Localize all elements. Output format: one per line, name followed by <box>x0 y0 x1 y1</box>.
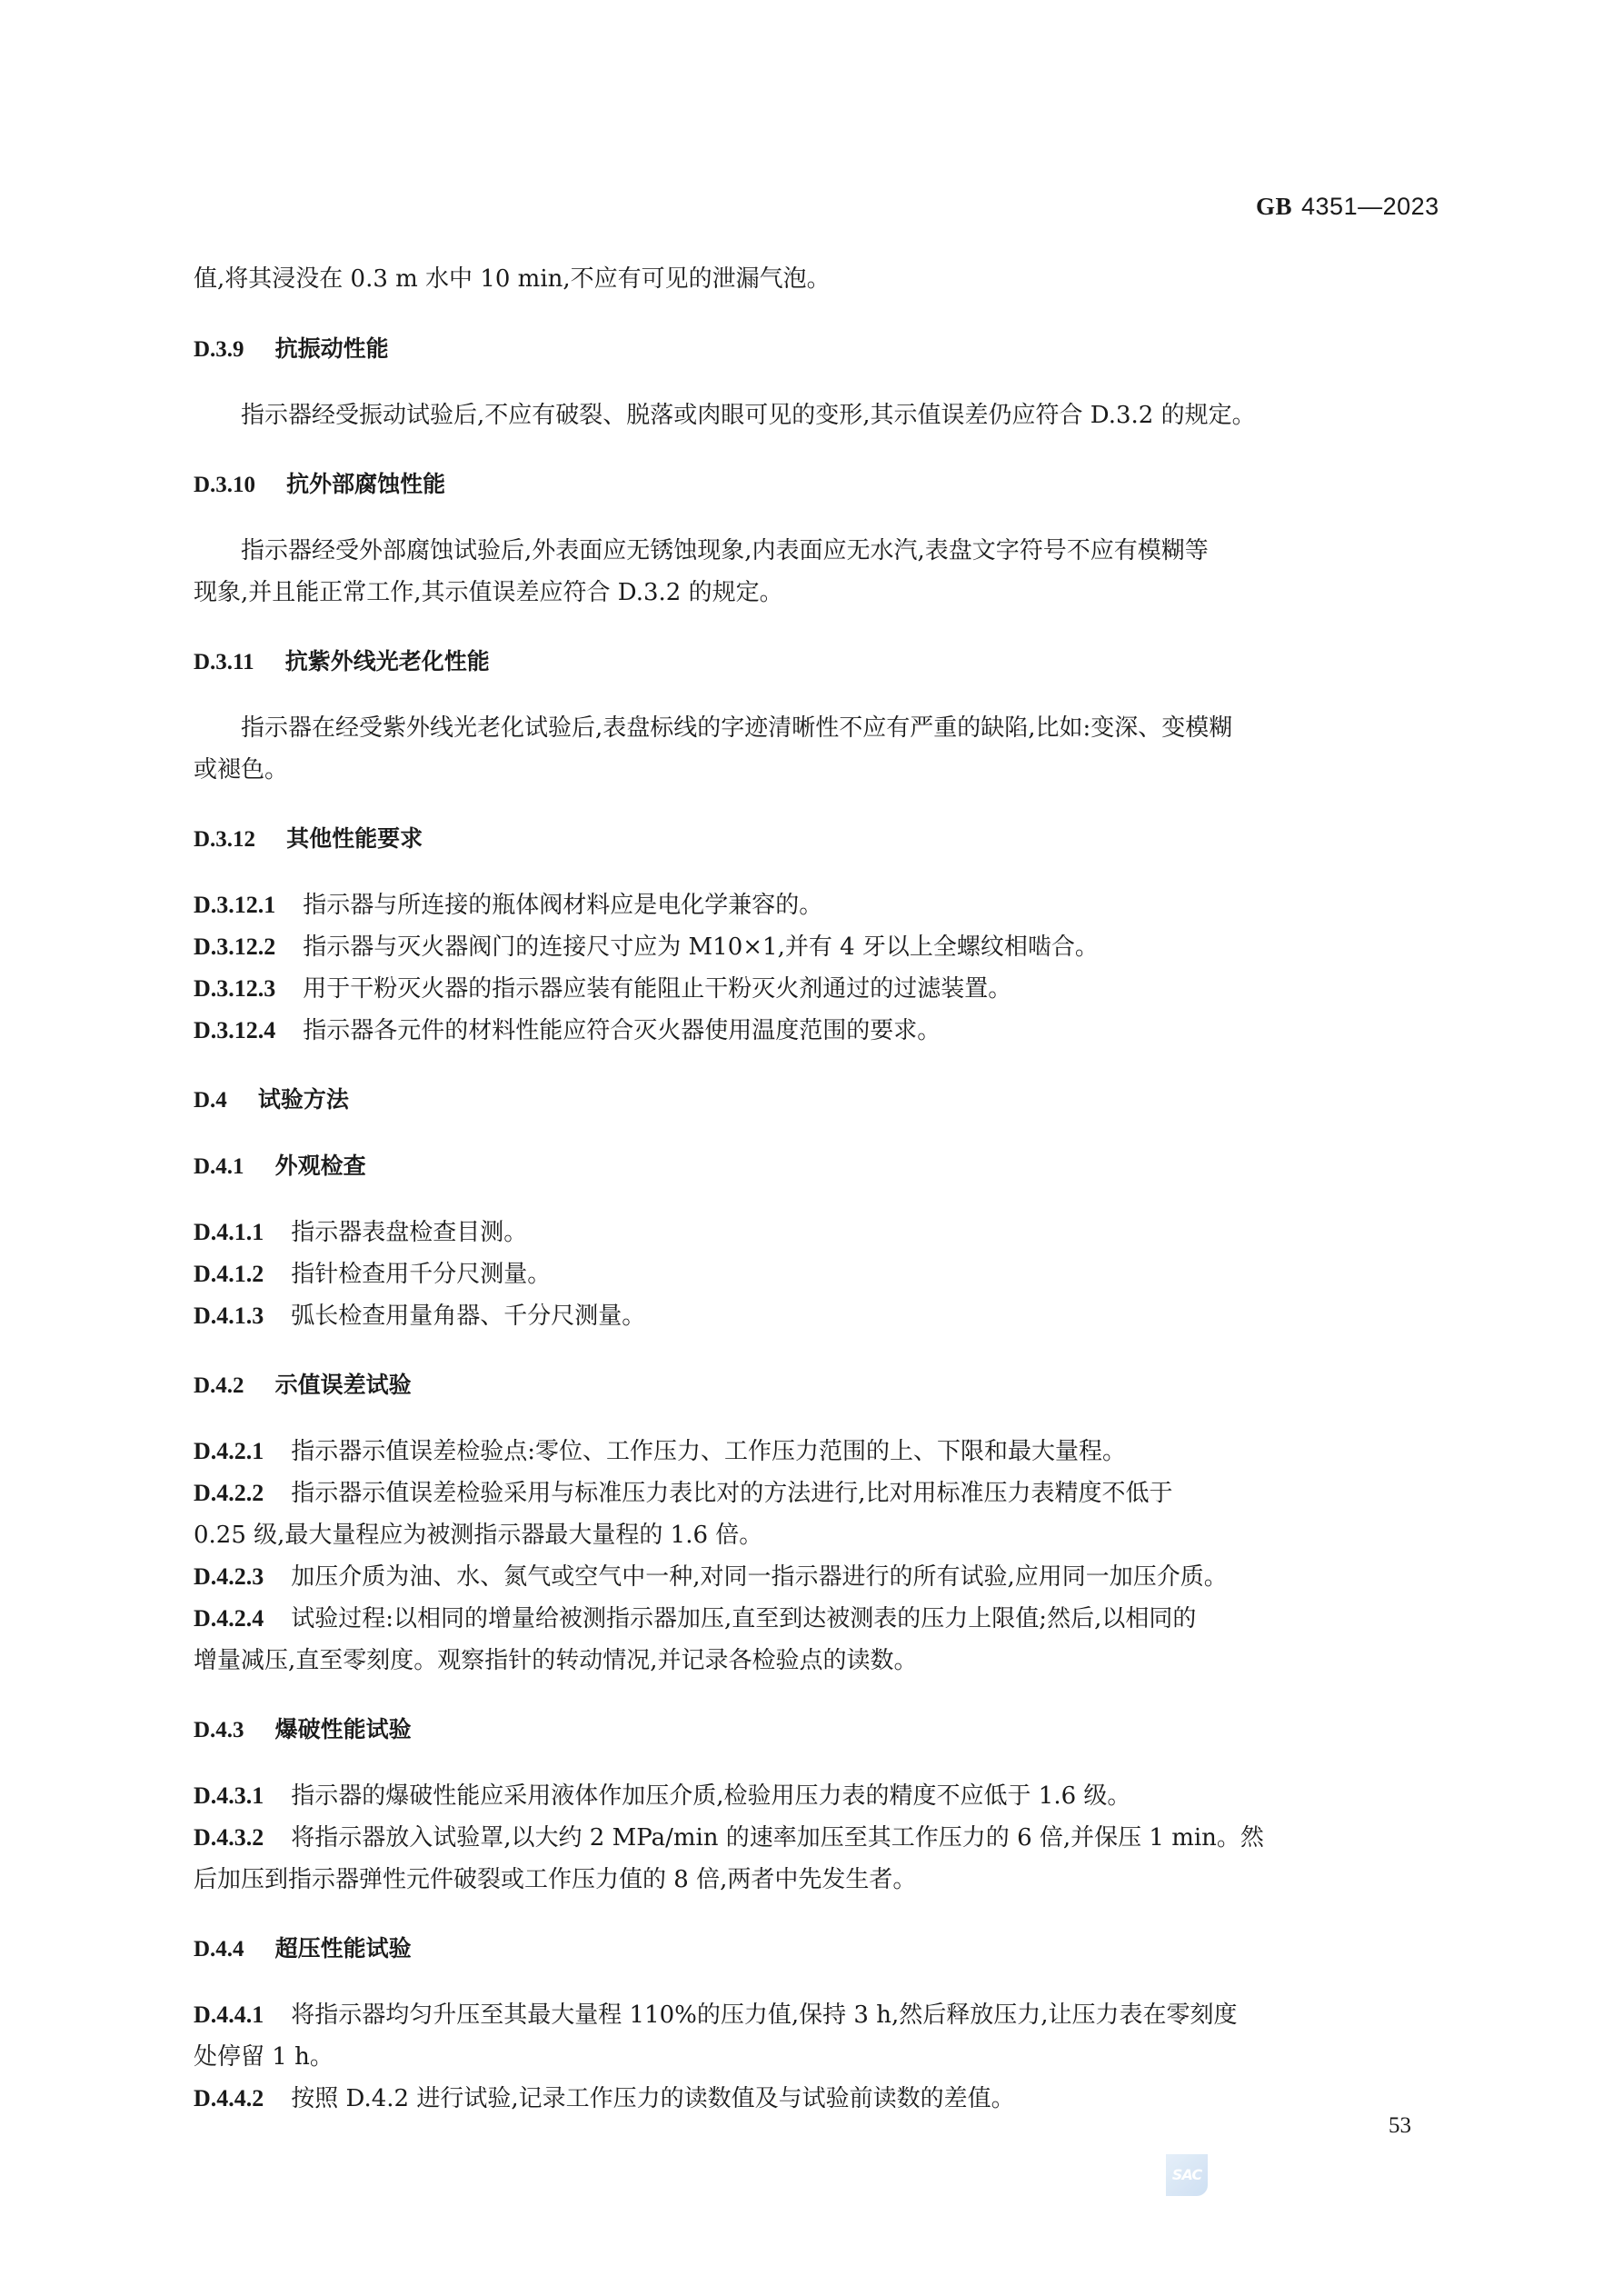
clause-item: D.3.12.3用于干粉灭火器的指示器应装有能阻止干粉灭火剂通过的过滤装置。 <box>194 973 1448 1004</box>
clause-text: 将指示器放入试验罩,以大约 2 MPa/min 的速率加压至其工作压力的 6 倍… <box>291 1824 1264 1852</box>
section-number: D.3.11 <box>194 647 254 678</box>
section-number: D.4 <box>194 1085 227 1116</box>
section-heading-d312: D.3.12其他性能要求 <box>194 824 1448 855</box>
clause-number: D.4.1.2 <box>194 1259 264 1290</box>
clause-item: D.4.3.1指示器的爆破性能应采用液体作加压介质,检验用压力表的精度不应低于 … <box>194 1781 1448 1812</box>
section-title: 超压性能试验 <box>275 1935 412 1962</box>
section-title: 外观检查 <box>275 1153 366 1179</box>
section-heading-d310: D.3.10抗外部腐蚀性能 <box>194 469 1448 501</box>
clause-text: 加压介质为油、水、氮气或空气中一种,对同一指示器进行的所有试验,应用同一加压介质… <box>291 1563 1228 1591</box>
section-title: 其他性能要求 <box>286 825 423 852</box>
section-number: D.4.3 <box>194 1715 244 1746</box>
clause-text: 用于干粉灭火器的指示器应装有能阻止干粉灭火剂通过的过滤装置。 <box>303 975 1011 1003</box>
section-heading-d39: D.3.9抗振动性能 <box>194 334 1448 365</box>
clause-number: D.3.12.4 <box>194 1015 275 1046</box>
section-heading-d4: D.4试验方法 <box>194 1084 1448 1116</box>
clause-text: 指示器示值误差检验采用与标准压力表比对的方法进行,比对用标准压力表精度不低于 <box>291 1480 1172 1507</box>
section-number: D.3.9 <box>194 334 244 365</box>
clause-item: D.4.3.2将指示器放入试验罩,以大约 2 MPa/min 的速率加压至其工作… <box>194 1822 1448 1853</box>
clause-item: D.4.2.2指示器示值误差检验采用与标准压力表比对的方法进行,比对用标准压力表… <box>194 1478 1448 1509</box>
paragraph-cont: 或褪色。 <box>194 754 1448 785</box>
section-title: 试验方法 <box>258 1086 349 1113</box>
clause-cont: 后加压到指示器弹性元件破裂或工作压力值的 8 倍,两者中先发生者。 <box>194 1864 1448 1895</box>
section-title: 抗紫外线光老化性能 <box>285 648 490 674</box>
standard-prefix: GB <box>1256 193 1292 220</box>
section-number: D.3.10 <box>194 470 255 501</box>
section-title: 抗外部腐蚀性能 <box>286 471 445 497</box>
section-heading-d44: D.4.4超压性能试验 <box>194 1933 1448 1965</box>
section-heading-d43: D.4.3爆破性能试验 <box>194 1714 1448 1746</box>
clause-number: D.4.1.3 <box>194 1301 264 1332</box>
clause-number: D.3.12.3 <box>194 973 275 1004</box>
clause-item: D.4.1.3弧长检查用量角器、千分尺测量。 <box>194 1301 1448 1332</box>
section-title: 抗振动性能 <box>275 335 389 362</box>
section-number: D.4.1 <box>194 1152 244 1183</box>
clause-item: D.3.12.4指示器各元件的材料性能应符合灭火器使用温度范围的要求。 <box>194 1015 1448 1046</box>
clause-number: D.4.2.1 <box>194 1436 264 1467</box>
clause-text: 指针检查用千分尺测量。 <box>291 1261 551 1288</box>
clause-text: 指示器示值误差检验点:零位、工作压力、工作压力范围的上、下限和最大量程。 <box>291 1438 1126 1465</box>
clause-text: 按照 D.4.2 进行试验,记录工作压力的读数值及与试验前读数的差值。 <box>291 2085 1014 2112</box>
clause-text: 指示器与所连接的瓶体阀材料应是电化学兼容的。 <box>303 892 822 919</box>
clause-number: D.4.1.1 <box>194 1217 264 1248</box>
page-number: 53 <box>1389 2113 1411 2139</box>
clause-cont: 增量减压,直至零刻度。观察指针的转动情况,并记录各检验点的读数。 <box>194 1645 1448 1676</box>
clause-text: 将指示器均匀升压至其最大量程 110%的压力值,保持 3 h,然后释放压力,让压… <box>291 2002 1237 2029</box>
clause-number: D.4.2.4 <box>194 1603 264 1634</box>
section-title: 示值误差试验 <box>275 1372 412 1398</box>
clause-number: D.4.3.2 <box>194 1822 264 1853</box>
paragraph-cont: 现象,并且能正常工作,其示值误差应符合 D.3.2 的规定。 <box>194 577 1448 608</box>
clause-item: D.4.1.1指示器表盘检查目测。 <box>194 1217 1448 1248</box>
clause-item: D.3.12.2指示器与灭火器阀门的连接尺寸应为 M10×1,并有 4 牙以上全… <box>194 932 1448 963</box>
clause-text: 指示器表盘检查目测。 <box>291 1219 527 1246</box>
section-number: D.4.2 <box>194 1371 244 1402</box>
standard-number: 4351—2023 <box>1301 193 1439 220</box>
standard-code: GB4351—2023 <box>1256 193 1439 221</box>
clause-item: D.4.4.2按照 D.4.2 进行试验,记录工作压力的读数值及与试验前读数的差… <box>194 2083 1448 2114</box>
clause-item: D.4.2.4试验过程:以相同的增量给被测指示器加压,直至到达被测表的压力上限值… <box>194 1603 1448 1634</box>
clause-item: D.4.2.1指示器示值误差检验点:零位、工作压力、工作压力范围的上、下限和最大… <box>194 1436 1448 1467</box>
clause-text: 指示器与灭火器阀门的连接尺寸应为 M10×1,并有 4 牙以上全螺纹相啮合。 <box>303 933 1099 961</box>
paragraph: 指示器经受外部腐蚀试验后,外表面应无锈蚀现象,内表面应无水汽,表盘文字符号不应有… <box>241 535 1448 566</box>
clause-number: D.4.3.1 <box>194 1781 264 1812</box>
clause-cont: 0.25 级,最大量程应为被测指示器最大量程的 1.6 倍。 <box>194 1520 1448 1551</box>
clause-number: D.4.4.1 <box>194 2000 264 2031</box>
section-heading-d41: D.4.1外观检查 <box>194 1151 1448 1183</box>
clause-number: D.3.12.2 <box>194 932 275 963</box>
clause-item: D.3.12.1指示器与所连接的瓶体阀材料应是电化学兼容的。 <box>194 890 1448 921</box>
clause-item: D.4.2.3加压介质为油、水、氮气或空气中一种,对同一指示器进行的所有试验,应… <box>194 1562 1448 1592</box>
clause-cont: 处停留 1 h。 <box>194 2041 1448 2072</box>
section-heading-d311: D.3.11抗紫外线光老化性能 <box>194 646 1448 678</box>
sac-logo-icon: SAC <box>1166 2154 1208 2196</box>
clause-text: 试验过程:以相同的增量给被测指示器加压,直至到达被测表的压力上限值;然后,以相同… <box>291 1605 1196 1632</box>
section-heading-d42: D.4.2示值误差试验 <box>194 1370 1448 1402</box>
continued-paragraph: 值,将其浸没在 0.3 m 水中 10 min,不应有可见的泄漏气泡。 <box>194 264 1448 294</box>
clause-item: D.4.4.1将指示器均匀升压至其最大量程 110%的压力值,保持 3 h,然后… <box>194 2000 1448 2031</box>
clause-item: D.4.1.2指针检查用千分尺测量。 <box>194 1259 1448 1290</box>
section-title: 爆破性能试验 <box>275 1716 412 1742</box>
clause-text: 指示器各元件的材料性能应符合灭火器使用温度范围的要求。 <box>303 1017 941 1044</box>
section-number: D.3.12 <box>194 824 255 855</box>
clause-text: 弧长检查用量角器、千分尺测量。 <box>291 1303 645 1330</box>
paragraph: 指示器经受振动试验后,不应有破裂、脱落或肉眼可见的变形,其示值误差仍应符合 D.… <box>241 400 1448 431</box>
clause-number: D.3.12.1 <box>194 890 275 921</box>
clause-number: D.4.2.2 <box>194 1478 264 1509</box>
paragraph: 指示器在经受紫外线光老化试验后,表盘标线的字迹清晰性不应有严重的缺陷,比如:变深… <box>241 713 1448 744</box>
document-page: GB4351—2023 值,将其浸没在 0.3 m 水中 10 min,不应有可… <box>0 0 1623 2296</box>
clause-number: D.4.4.2 <box>194 2083 264 2114</box>
clause-text: 指示器的爆破性能应采用液体作加压介质,检验用压力表的精度不应低于 1.6 级。 <box>291 1782 1130 1810</box>
section-number: D.4.4 <box>194 1934 244 1965</box>
clause-number: D.4.2.3 <box>194 1562 264 1592</box>
